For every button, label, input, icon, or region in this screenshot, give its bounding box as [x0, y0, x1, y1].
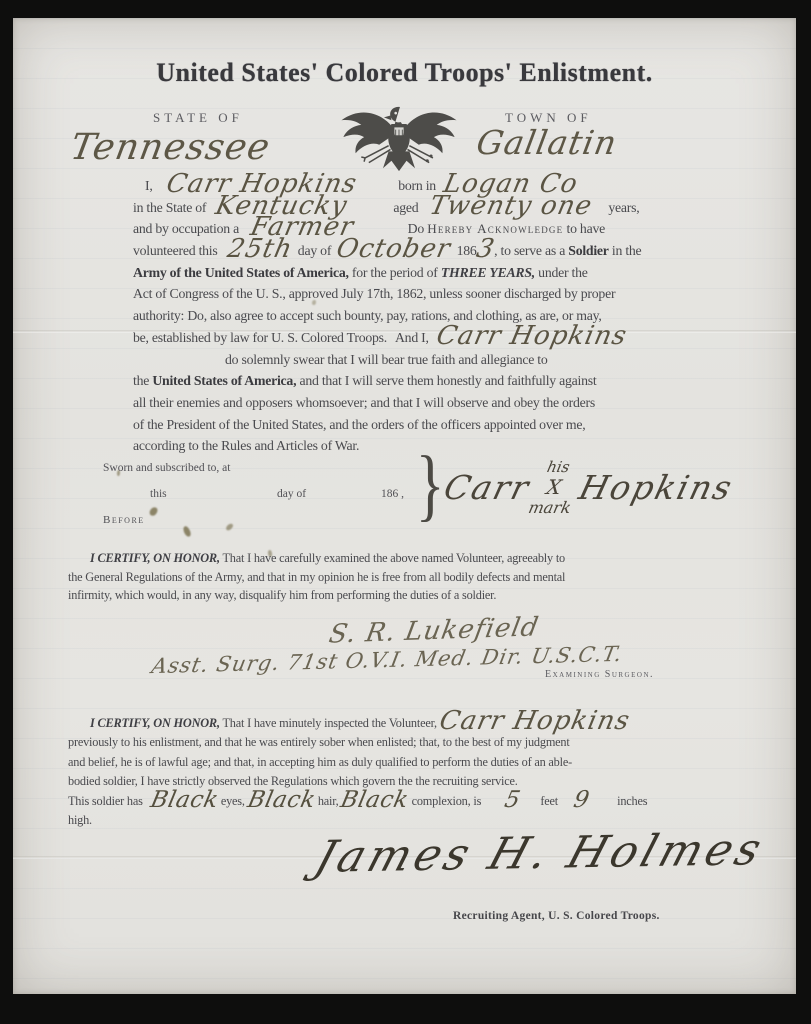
text-line: and belief, he is of lawful age; and tha…: [68, 753, 768, 772]
text-line: the General Regulations of the Army, and…: [68, 568, 768, 587]
text-line: This soldier hasBlack eyes, Black hair, …: [68, 792, 768, 811]
printed-text: aged: [393, 200, 418, 215]
printed-text: , to serve as a: [494, 243, 568, 258]
document-title: United States' Colored Troops' Enlistmen…: [13, 58, 796, 88]
recruiting-agent-signature: James H. Holmes: [310, 828, 770, 880]
printed-text: 186: [457, 243, 477, 258]
printed-text: I CERTIFY, ON HONOR,: [90, 551, 220, 565]
printed-text: previously to his enlistment, and that h…: [68, 735, 570, 749]
printed-text: United States of America,: [152, 373, 296, 388]
printed-text: And I,: [395, 330, 429, 345]
sworn-day-of-label: day of: [277, 488, 306, 500]
brace-glyph: }: [416, 450, 445, 520]
printed-text: complexion, is: [409, 794, 481, 808]
examining-surgeon-label: Examining Surgeon.: [545, 669, 654, 680]
state-value-handwriting: Tennessee: [68, 130, 273, 166]
printed-text: born in: [398, 178, 436, 193]
text-line: be, established by law for U. S. Colored…: [133, 327, 695, 349]
surgeon-certificate-paragraph: I CERTIFY, ON HONOR, That I have careful…: [68, 549, 768, 605]
text-line: Act of Congress of the U. S., approved J…: [133, 283, 695, 305]
printed-text: I CERTIFY, ON HONOR,: [90, 716, 220, 730]
recruiter-certificate-paragraph: I CERTIFY, ON HONOR, That I have minutel…: [68, 714, 768, 830]
mark-label: mark: [527, 498, 573, 517]
ink-stain: [182, 525, 193, 538]
printed-text: the General Regulations of the Army, and…: [68, 570, 565, 584]
text-line: I CERTIFY, ON HONOR, That I have careful…: [68, 549, 768, 568]
printed-text: eyes,: [218, 794, 248, 808]
printed-text: Soldier: [568, 243, 608, 258]
sworn-this-label: this: [150, 488, 167, 500]
printed-text: THREE YEARS,: [441, 265, 535, 280]
sworn-subscribed-label: Sworn and subscribed to, at: [103, 462, 230, 474]
text-line: I,Carr Hopkinsborn inLogan Co: [133, 175, 695, 197]
signature-last-name: Hopkins: [575, 468, 737, 507]
printed-text: and that I will serve them honestly and …: [296, 373, 596, 388]
printed-text: Act of Congress of the U. S., approved J…: [133, 286, 615, 301]
printed-text: Army of the United States of America,: [133, 265, 349, 280]
his-x-mark: his X mark: [528, 464, 580, 511]
printed-text: and belief, he is of lawful age; and tha…: [68, 755, 572, 769]
printed-text: day of: [298, 243, 331, 258]
text-line: according to the Rules and Articles of W…: [133, 435, 695, 457]
printed-text: do solemnly swear that I will bear true …: [225, 352, 548, 367]
surgeon-signature: S. R. Lukefield: [327, 614, 541, 647]
printed-text: hair,: [315, 794, 341, 808]
printed-text: That I have minutely inspected the Volun…: [220, 716, 440, 730]
text-line: I CERTIFY, ON HONOR, That I have minutel…: [68, 714, 768, 733]
town-value-handwriting: Gallatin: [474, 126, 620, 159]
volunteer-x-mark-signature: Carr his X mark Hopkins: [445, 464, 732, 511]
printed-text: I,: [145, 178, 153, 193]
text-line: in the State ofKentuckyagedTwenty oneyea…: [133, 197, 695, 219]
sworn-year-prefix: 186 ,: [381, 488, 404, 500]
printed-text: according to the Rules and Articles of W…: [133, 438, 359, 453]
his-label: his: [546, 458, 572, 476]
text-line: volunteered this25thday ofOctober1863, t…: [133, 240, 695, 262]
text-line: previously to his enlistment, and that h…: [68, 733, 768, 752]
printed-text: volunteered this: [133, 243, 218, 258]
printed-text: This soldier has: [68, 794, 143, 808]
printed-text: in the: [609, 243, 642, 258]
text-line: infirmity, which would, in any way, disq…: [68, 586, 768, 605]
signature-first-name: Carr: [440, 468, 534, 507]
printed-text: to have: [563, 221, 605, 236]
ink-stain: [225, 522, 234, 531]
printed-text: feet: [540, 794, 558, 808]
sworn-before-label: Before: [103, 514, 145, 526]
ink-stain: [148, 506, 158, 517]
printed-text: the: [133, 373, 152, 388]
printed-text: of the President of the United States, a…: [133, 417, 585, 432]
printed-text: for the period of: [349, 265, 441, 280]
printed-text: That I have carefully examined the above…: [220, 551, 565, 565]
printed-text: high.: [68, 813, 92, 827]
recruiting-agent-label: Recruiting Agent, U. S. Colored Troops.: [453, 910, 660, 922]
state-of-label: STATE OF: [153, 110, 243, 126]
text-line: Army of the United States of America, fo…: [133, 262, 695, 284]
text-line: the United States of America, and that I…: [133, 370, 695, 392]
text-line: all their enemies and opposers whomsoeve…: [133, 392, 695, 414]
enlistment-oath-paragraph: I,Carr Hopkinsborn inLogan Coin the Stat…: [133, 175, 695, 457]
printed-text: under the: [535, 265, 588, 280]
document-paper: United States' Colored Troops' Enlistmen…: [13, 18, 796, 994]
printed-text: all their enemies and opposers whomsoeve…: [133, 395, 595, 410]
printed-text: be, established by law for U. S. Colored…: [133, 330, 387, 345]
photograph-background: United States' Colored Troops' Enlistmen…: [0, 0, 811, 1024]
printed-text: years,: [608, 200, 639, 215]
printed-text: and by occupation a: [133, 221, 239, 236]
printed-text: infirmity, which would, in any way, disq…: [68, 588, 496, 602]
x-mark-glyph: X: [546, 482, 562, 492]
printed-text: in the State of: [133, 200, 206, 215]
text-line: of the President of the United States, a…: [133, 414, 695, 436]
text-line: do solemnly swear that I will bear true …: [133, 349, 695, 371]
printed-text: inches: [617, 794, 647, 808]
